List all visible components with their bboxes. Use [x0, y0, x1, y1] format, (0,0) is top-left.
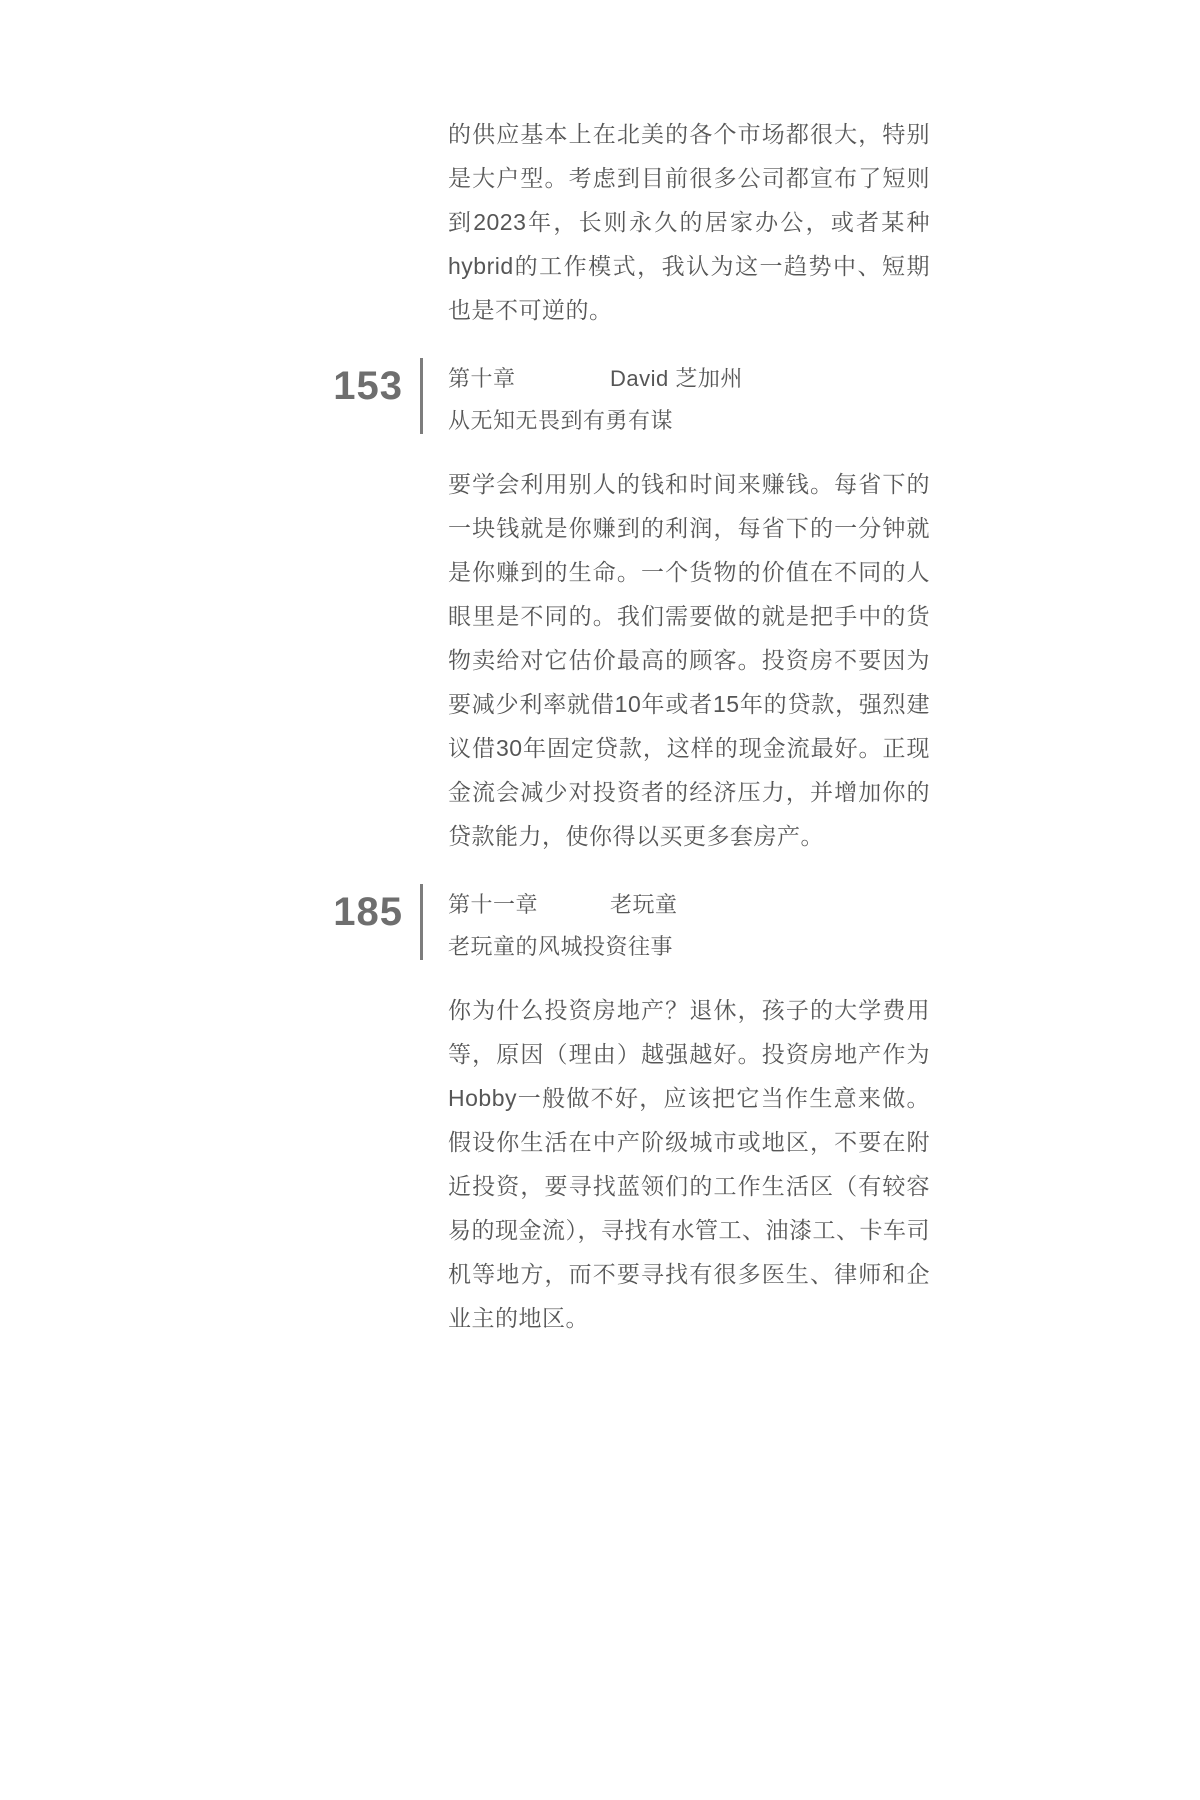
chapter-entry-11: 185 第十一章 老玩童 老玩童的风城投资往事	[0, 884, 1200, 968]
chapter-11-subtitle: 老玩童的风城投资往事	[448, 926, 930, 968]
chapter-11-number-column: 185	[0, 884, 448, 960]
chapter-10-subtitle: 从无知无畏到有勇有谋	[448, 400, 930, 442]
chapter-11-heading: 第十一章 老玩童 老玩童的风城投资往事	[448, 884, 930, 968]
chapter-11-page-number: 185	[333, 892, 403, 932]
book-toc-page: 的供应基本上在北美的各个市场都很大，特别是大户型。考虑到目前很多公司都宣布了短则…	[0, 0, 1200, 1800]
chapter-10-title-row: 第十章 David 芝加州	[448, 358, 930, 400]
chapter-11-summary: 你为什么投资房地产？退休，孩子的大学费用等，原因（理由）越强越好。投资房地产作为…	[448, 988, 930, 1340]
chapter-11-title-row: 第十一章 老玩童	[448, 884, 930, 926]
intro-paragraph: 的供应基本上在北美的各个市场都很大，特别是大户型。考虑到目前很多公司都宣布了短则…	[448, 112, 930, 332]
chapter-10-number-column: 153	[0, 358, 448, 434]
chapter-10-page-number: 153	[333, 366, 403, 406]
chapter-10-label: 第十章	[448, 358, 610, 400]
chapter-entry-10: 153 第十章 David 芝加州 从无知无畏到有勇有谋	[0, 358, 1200, 442]
divider-bar	[420, 884, 423, 960]
chapter-10-summary: 要学会利用别人的钱和时间来赚钱。每省下的一块钱就是你赚到的利润，每省下的一分钟就…	[448, 462, 930, 858]
divider-bar	[420, 358, 423, 434]
chapter-10-author: David 芝加州	[610, 358, 743, 400]
chapter-11-author: 老玩童	[610, 884, 678, 926]
chapter-11-label: 第十一章	[448, 884, 610, 926]
chapter-10-heading: 第十章 David 芝加州 从无知无畏到有勇有谋	[448, 358, 930, 442]
